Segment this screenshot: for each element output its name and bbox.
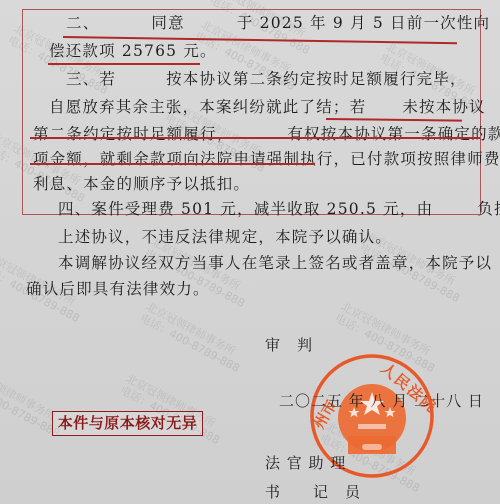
- clause-4-line-1: 四、案件受理费 501 元，减半收取 250.5 元，由负担。: [58, 199, 500, 219]
- underline: [48, 63, 200, 65]
- watermark: 北京冠领律师事务所电话：400-8789-888: [138, 300, 248, 375]
- clause-3-line-4: 项金额，就剩余款项向法院申请强制执行，已付款项按照律师费、: [33, 149, 500, 169]
- clause-3-line-3: 第二条约定按时足额履行，有权按本协议第一条确定的款: [33, 124, 500, 144]
- copy-verified-stamp: 本件与原本核对无异: [52, 411, 203, 436]
- judgment-date: 二〇二五 年 八 月 二十八 日: [279, 390, 484, 411]
- judge-label: 审 判: [265, 334, 313, 355]
- effect-line-2: 确认后即具有法律效力。: [26, 279, 210, 299]
- clause-3-line-2: 自愿放弃其余主张，本案纠纷就此了结；若未按本协议: [49, 97, 486, 117]
- underline: [30, 137, 480, 139]
- underline: [30, 163, 315, 165]
- judge-assistant-label: 法 官 助 理: [265, 452, 346, 473]
- clause-3-line-1: 三、若按本协议第二条约定按时足额履行完毕，: [66, 69, 467, 89]
- clause-2-line-1: 二、同意于 2025 年 9 月 5 日前一次性向: [66, 13, 490, 33]
- court-confirmation: 上述协议，不违反法律规定，本院予以确认。: [58, 227, 392, 247]
- clerk-label: 书 记 员: [265, 481, 361, 502]
- document-page: 北京冠领律师事务所电话：400-8789-888 北京冠领律师事务所电话：400…: [0, 0, 500, 504]
- effect-line-1: 本调解协议经双方当事人在笔录上签名或者盖章，本院予以: [58, 253, 492, 273]
- clause-3-line-5: 利息、本金的顺序予以抵扣。: [33, 174, 250, 194]
- clause-2-line-2: 偿还款项 25765 元。: [49, 41, 217, 61]
